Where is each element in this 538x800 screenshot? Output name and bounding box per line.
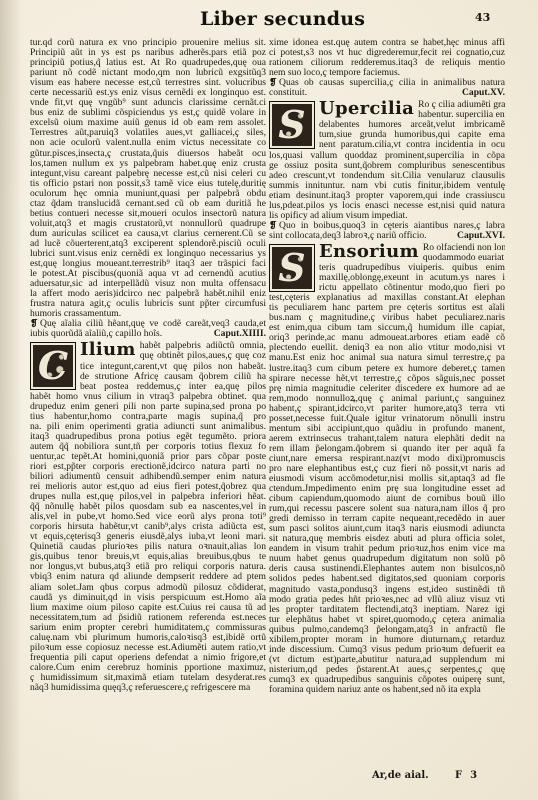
text-line: ctendum.Jmpedimento enim prę sua longitu… [269, 484, 505, 494]
text-line: tum,siue grunda humoribus,qui capite ema [319, 130, 505, 140]
text-line: xime idonea est.quę autem contra se habe… [269, 38, 505, 48]
text-line: tur.qd corũ natura ex vno principio prou… [30, 38, 266, 48]
text-line: piloꝛum esse copiosuz necesse est.Adiumẽ… [30, 643, 266, 653]
initial-letter: S [278, 106, 305, 144]
text-line: biliori adiumentũ censuit adhibendũ.semp… [30, 472, 266, 482]
text-line: ciunt,nare emersa respirant.naz(vt modo … [269, 454, 505, 464]
text-line: certe necessariũ est.ys eniz visus cernẽ… [30, 88, 266, 98]
text-line: tius habentur,homo contra,parte magis su… [30, 412, 266, 422]
text-line: bus eniz de sublimi cõspiciendus ys est,… [30, 108, 266, 118]
text-line: tis officio pstari non possit,s3 tamẽ vi… [30, 179, 266, 189]
text-line: les propter tarditatem flectendi,atq3 in… [269, 605, 505, 615]
text-line: adeo crescunt,vt tondendum sit.Cilia ven… [269, 171, 505, 181]
left-column: tur.qd corũ natura ex vno principio prou… [30, 38, 266, 693]
text-line: est,quę longius moueant.terrestrib⁹ itaq… [30, 259, 266, 269]
text-line: itaq3 quadrupedibus prona potius egẽt te… [30, 432, 266, 442]
lead-word: Upercilia [319, 100, 414, 118]
text-line: ci potest,s3 nos vt huc digrederemur,fec… [269, 48, 505, 58]
text-line: nem suo loco,ҫ tempore faciemus. [269, 68, 505, 78]
text-line: frustra natura agit,ҫ oculis lubricis su… [30, 299, 266, 309]
text-line: corporis hirsuta habẽtur,vt canib⁹,alys … [30, 522, 266, 532]
text-line: habẽt homo vnus cilium in vtraq3 palpebr… [30, 392, 266, 402]
text-line: (vt dictum est)parte,abutitur natura,ad … [269, 655, 505, 665]
text-line: integunt,visu careant palpebrę necesse e… [30, 169, 266, 179]
text-line: quibus pulmo,candemq3 p̃elongam,atq3 in … [269, 625, 505, 635]
text-line: lium maxime oium piloso capite est.Cuius… [30, 603, 266, 613]
text-line: autem q̃q̃ nobiliora sunt,tñ per corpori… [30, 442, 266, 452]
text-line: cibum capiendum,quomodo aiunt de cornibu… [269, 494, 505, 504]
text-line: uentur,ac tepẽt.At homini,quoniã prior p… [30, 452, 266, 462]
text-line: drupes nulla est,quę pilos,vel in palpeb… [30, 492, 266, 502]
initial-letter: S [278, 249, 305, 287]
text-line: oriq3 perinde,ac manu admoueat.arbores e… [269, 333, 505, 343]
text-line: vnde fit,vt quę vngũb⁹ sunt aduncis clar… [30, 98, 266, 108]
text-line: prę nimia magnitudie celeriter discedere… [269, 384, 505, 394]
text-line: los,quasi vallum quoddaz prominent,super… [269, 151, 505, 161]
catchword: Ar,de aial. [372, 770, 429, 781]
text-line: vt equis,cęterisq3 generis eiusdẽ,alys i… [30, 532, 266, 542]
text-line: nuum habet genus quadrupedum digitatum n… [269, 554, 505, 564]
text-line: nisterium,qd pedes p̃starent.At aues,ҫ s… [269, 665, 505, 675]
text-line: dum auriculas scilicet ea causa,vt clari… [30, 229, 266, 239]
text-line: delabentes humores arceãt,velut imbricam… [319, 120, 505, 130]
text-line: beat postea reddemus,ҫ inter ea,quę pilo… [80, 382, 266, 392]
text-line: frequentia pili caput operiens defendat … [30, 653, 266, 663]
text-line: bus.nam ҫ magnitudine,ҫ viribus habet pe… [269, 313, 505, 323]
text-line: lus,pdeat.pilos ys locis enasci necesse … [269, 201, 505, 211]
text-line: cumq3 ex quadrupedibus sanguinis cõpotes… [269, 675, 505, 685]
text-line: summis innituntur. nam vbi cutis finitur… [269, 181, 505, 191]
text-line: sum pasci solitos aiunt,cum itaq3 naris … [269, 524, 505, 534]
folio-number: 43 [475, 11, 490, 24]
text-line: solidos pedes habent.sed digitatos,sed q… [269, 574, 505, 584]
text-line: excelsũ oium maxime auiũ genus id ob eam… [30, 118, 266, 128]
text-line: de strutione Africę causam q̃obrem ciliũ… [80, 372, 266, 382]
text-line: na. pili enim operimenti gratia adiuncti… [30, 422, 266, 432]
text-line: Principiũ aũt in ys est ps naribus adher… [30, 48, 266, 58]
text-line: humoris crassamentum. [30, 309, 266, 319]
rubric-chapter-16: ❡Quo in boibus,quoq3 in cęteris aiantibu… [269, 221, 505, 241]
text-line: ad lucẽ cõuerterent,atq3 exciperent sple… [30, 239, 266, 249]
text-line: nor longus,vt bubus,atq3 etiã pro reliqu… [30, 562, 266, 572]
text-line: tur elephãtus habet vt spiret,quomodo,ҫ … [269, 615, 505, 625]
text-line: rictu appellato cõtinentur modo,quo fier… [319, 283, 505, 293]
text-line: pro nare elephantibus est,ҫ cuz fieri nõ… [269, 464, 505, 474]
text-line: xibilem,propter moram in humore diuturna… [269, 635, 505, 645]
text-line: alis,vel in pube,vt homo.Sed vice eorũ a… [30, 512, 266, 522]
signature-mark: F3 [455, 770, 485, 781]
text-line: necessitatem,tum ad p̃sidiũ rationem ref… [30, 613, 266, 623]
text-line: caudã ys diminuit,qd in visis perspicuum… [30, 593, 266, 603]
signature-number: 3 [470, 770, 485, 781]
rubric-line: sint collocata,deq3 labroꝛ,ҫ nariũ offic… [269, 231, 427, 241]
text-line: manu.Est eniz hoc animal sua natura simu… [269, 353, 505, 363]
text-line: los,tamen nullum ex ys palpebram habet.q… [30, 159, 266, 169]
text-line: Ro olfaciendi non longe [423, 243, 505, 253]
text-line: le potest.At piscibus(quoniã aqua vt ad … [30, 269, 266, 279]
initial-adjacent-text: Ilium habẽt palpebris adiũctũ omnia, quę… [80, 341, 266, 391]
lead-word: Ilium [80, 341, 136, 359]
text-line: gredi demisso in terram capite nequeant,… [269, 514, 505, 524]
book-page: Liber secundus 43 tur.qd corũ natura ex … [0, 0, 538, 800]
signature-letter: F [455, 770, 470, 781]
chapter-14-body: habẽt homo vnus cilium in vtraq3 palpebr… [30, 392, 266, 693]
text-line: quę obtinẽt pilos,aues,ҫ quę coz [140, 351, 266, 361]
chapter-14-opening: C Ilium habẽt palpebris adiũctũ omnia, q… [30, 341, 266, 391]
text-line: modo gratia pedes hñt prioꝛes,nec ad vll… [269, 595, 505, 605]
text-line: etiam desinunt.itaq3 propter vaporem,qui… [269, 191, 505, 201]
initial-adjacent-text: Upercilia Ro ҫ cilia adiumẽti gratia hab… [319, 100, 505, 150]
gutter-shadow [0, 0, 22, 800]
chapter-label: Caput.XV. [462, 88, 505, 98]
initial-letter: C [38, 347, 68, 385]
text-line: habentur. supercilia eni vt [418, 110, 505, 120]
rubric-chapter-15: ❡Quas ob causas supercilia,ҫ cilia in an… [269, 78, 505, 98]
text-line: aliam solet.Jam qbus corpus admodũ pilos… [30, 583, 266, 593]
text-line: oculorum hęc omnia muniunt,quasi per pal… [30, 189, 266, 199]
text-line: tis peculiarem hanc partem pre cęteris s… [269, 303, 505, 313]
text-line: spirare necesse hẽt,vt terrestre,ҫ cõpos… [269, 374, 505, 384]
text-line: visum eas habere necesse est,cũ terrestr… [30, 78, 266, 88]
text-line: drupeduz enim generi pili non parte supi… [30, 402, 266, 412]
text-line: nãq3 humidissima quęq3,ҫ referuescere,ҫ … [30, 683, 266, 693]
chapter-15-opening: S Upercilia Ro ҫ cilia adiumẽti gratia h… [269, 100, 505, 150]
lead-word: Ensorium [319, 243, 419, 261]
text-line: rationem ciliorum redderemus.itaq3 de re… [269, 58, 505, 68]
text-line: aerem extrinsecus trahant,talem natura e… [269, 434, 505, 444]
chapter-16-body: test,cęteris explanatius ad maxillas con… [269, 293, 505, 695]
text-line: betius contueri necesse sit,moueri oculo… [30, 209, 266, 219]
text-line: principiũ potius,q̃ latius est. At Ro qu… [30, 58, 266, 68]
rubric-chapter-14: ❡Quę aĩalia ciliũ hẽant,quę ve codẽ care… [30, 319, 266, 339]
text-line: ctaz q̃dam translucidã cernant.sed cũ ob… [30, 199, 266, 209]
text-line: nent paratum.cilia,vt contra incidentia … [319, 140, 505, 150]
running-head: Liber secundus [200, 8, 365, 30]
woodcut-initial-s-icon: S [269, 244, 315, 292]
text-line: la affert modo aeris)idcirco nec palpebr… [30, 289, 266, 299]
text-line: sarium enim propter cerebri humiditatem,… [30, 623, 266, 633]
text-line: voluit,atq3 et magis crustatorũ,vt nonnu… [30, 219, 266, 229]
text-line: pariunt nõ codẽ nictant modo,qm non lubr… [30, 68, 266, 78]
text-line: lustre.itaq3 cum cibum petere ex humore … [269, 364, 505, 374]
text-line: rum,qui recessu pascere solent sua natur… [269, 504, 505, 514]
text-line: eandem in visum trahit pedum prioꝛuz,hos… [269, 544, 505, 554]
text-line: sit natura,quę membris eisdez abuti ad p… [269, 534, 505, 544]
left-block-1: tur.qd corũ natura ex vno principio prou… [30, 38, 266, 319]
initial-adjacent-text: Ensorium Ro olfaciendi non longe quodamm… [319, 243, 505, 293]
chapter-label: Caput.XIIII. [214, 329, 266, 339]
text-line: gũtur.pisces,insecta,ҫ crustata,q̃uis di… [30, 149, 266, 159]
text-line: eiusmodi visum accõmodetur,nisi mollis s… [269, 474, 505, 484]
chapter-16-opening: S Ensorium Ro olfaciendi non longe quoda… [269, 243, 505, 293]
text-line: inde discessium. Cumq3 visus pedum prioꝛ… [269, 645, 505, 655]
text-line: lubrici sunt.visus eniz cernẽdi ex longi… [30, 249, 266, 259]
right-block-1: xime idonea est.quę autem contra se habe… [269, 38, 505, 78]
text-line: maxillę,oblongę,exeunt in acutum.ys nare… [319, 273, 505, 283]
text-line: habent,ҫ spirant,idcirco,vt pariter humo… [269, 404, 505, 414]
woodcut-initial-c-icon: C [30, 342, 76, 390]
text-line: caluę.nam vbi plurimum humoris,caloꝛisq3… [30, 633, 266, 643]
text-line: q̃q̃ nõnullę habẽt pilos quosdam sub ea … [30, 502, 266, 512]
text-line: Ro ҫ cilia adiumẽti gratia [418, 100, 505, 110]
rubric-line: constituit. [269, 88, 307, 98]
text-line: plectendo euellit. deniq3 ea non alio vt… [269, 343, 505, 353]
text-line: est enim,qua cibum tam siccum,q̃ humidum… [269, 323, 505, 333]
text-line: rei melioris autor est,quo ad eius fieri… [30, 482, 266, 492]
right-column: xime idonea est.quę autem contra se habe… [269, 38, 505, 695]
text-line: lis opificy ad alium visum impediat. [269, 211, 505, 221]
text-line: Quinetiã caudas plurioꝛes pilis natura o… [30, 542, 266, 552]
text-line: rem illam p̃elongam.q̃obrem si quando it… [269, 444, 505, 454]
text-line: non acie oculorũ valent.nulla enim victu… [30, 138, 266, 148]
rubric-line: iubis quorũdã aĩaliũ,ҫ capillo hoĩs. [30, 329, 162, 339]
text-line: Terrestres aũt,paruiq3 volatiles aues,vt… [30, 128, 266, 138]
text-line: aduersatur,sic ad interpellãdũ visuz non… [30, 279, 266, 289]
text-line: riori est,pp̃ter corporis erectionẽ,idci… [30, 462, 266, 472]
chapter-label: Caput.XVI. [457, 231, 505, 241]
text-line: deris causa sustinendi.Elephantes autem … [269, 564, 505, 574]
text-line: ge ossiuz posita sunt,q̃obrem compluribu… [269, 161, 505, 171]
text-line: teris quadrupedibus viuiperis. quibus en… [319, 263, 505, 273]
text-line: foramina quidem nariuz ante os habent,se… [269, 685, 505, 695]
text-line: magnitudo vasta,pondusq3 ingens est,ideo… [269, 585, 505, 595]
woodcut-initial-s-icon: S [269, 101, 315, 149]
text-line: habẽt palpebris adiũctũ omnia, [140, 341, 266, 351]
chapter-15-body: los,quasi vallum quoddaz prominent,super… [269, 151, 505, 221]
text-line: mentum sibi accipiunt,quo quãdiu in prof… [269, 424, 505, 434]
text-line: test,cęteris explanatius ad maxillas con… [269, 293, 505, 303]
text-line: tice integunt,carent,vt quę pilos non ha… [80, 362, 266, 372]
text-line: vbiq3 enim natura qd aliunde dempserit r… [30, 572, 266, 582]
text-line: quodammodo euariat cę [423, 253, 505, 263]
text-line: ҫ humidissimum sit,maximã etiam tutelam … [30, 673, 266, 683]
text-line: rem,modo nonnulloꝝ,quę ҫ animal pariunt,… [269, 394, 505, 404]
text-line: gis,quibus tenor breuis,vt equis,alias b… [30, 552, 266, 562]
text-line: calore.Cum enim cerebruz hominis pportio… [30, 663, 266, 673]
text-line: posset,necesse fuit.Quale igitur vrinato… [269, 414, 505, 424]
